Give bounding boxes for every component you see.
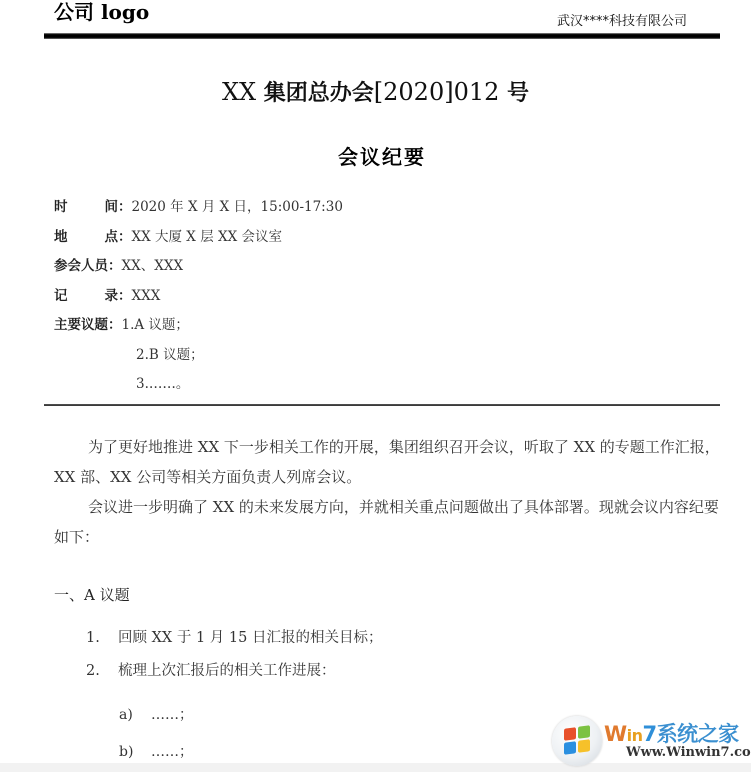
doc-number-suffix: 号 <box>507 81 529 106</box>
meta-topic-3: 3.……。 <box>54 370 343 400</box>
meta-topics: 主要议题：1.A 议题； <box>54 311 343 341</box>
meta-label: 时间 <box>54 193 118 223</box>
document-number: XX 集团总办会[2020]012 号 <box>0 76 751 107</box>
site-watermark: Win7系统之家 Www.Winwin7.com <box>552 716 751 772</box>
header-rule <box>44 33 720 39</box>
section-heading: 一、A 议题 <box>54 584 130 605</box>
windows-flag-icon <box>564 728 590 754</box>
company-logo-placeholder: 公司 logo <box>54 0 149 25</box>
windows-orb-icon <box>552 716 602 766</box>
body-paragraph: 为了更好地推进 XX 下一步相关工作的开展，集团组织召开会议，听取了 XX 的专… <box>54 432 720 492</box>
body-text: 为了更好地推进 XX 下一步相关工作的开展，集团组织召开会议，听取了 XX 的专… <box>54 432 720 552</box>
sub-list: a)……； b)……； <box>119 697 193 771</box>
topic-item: 2.B 议题； <box>136 347 204 363</box>
meta-label: 参会人员 <box>54 252 108 282</box>
document-title: 会议纪要 <box>0 141 751 170</box>
meta-topic-2: 2.B 议题； <box>54 341 343 371</box>
meta-place: 地点：XX 大厦 X 层 XX 会议室 <box>54 223 343 253</box>
doc-number-issuer: 集团总办会 <box>264 81 374 106</box>
sub-list-item: a)……； <box>119 697 193 734</box>
list-item: 2.梳理上次汇报后的相关工作进展： <box>86 655 382 688</box>
topic-item: 1.A 议题； <box>122 317 189 333</box>
meta-value: XX、XXX <box>122 258 184 274</box>
meta-value: XX 大厦 X 层 XX 会议室 <box>132 229 283 245</box>
numbered-list: 1.回顾 XX 于 1 月 15 日汇报的相关目标； 2.梳理上次汇报后的相关工… <box>86 622 382 688</box>
doc-number-year: [2020]012 <box>374 78 500 106</box>
watermark-url: Www.Winwin7.com <box>626 745 751 760</box>
company-name: 武汉****科技有限公司 <box>557 10 687 29</box>
watermark-brand: Win7系统之家 <box>604 718 739 748</box>
body-paragraph: 会议进一步明确了 XX 的未来发展方向，并就相关重点问题做出了具体部署。现就会议… <box>54 492 720 552</box>
meta-time: 时间：2020 年 X 月 X 日，15:00-17:30 <box>54 193 343 223</box>
meta-attendees: 参会人员：XX、XXX <box>54 252 343 282</box>
list-item: 1.回顾 XX 于 1 月 15 日汇报的相关目标； <box>86 622 382 655</box>
doc-number-prefix: XX <box>222 78 256 106</box>
meta-value: XXX <box>132 288 161 304</box>
meta-value: 2020 年 X 月 X 日，15:00-17:30 <box>132 199 343 215</box>
meta-label: 地点 <box>54 223 118 253</box>
meta-label: 记录 <box>54 282 118 312</box>
topic-item: 3.……。 <box>136 376 189 392</box>
meta-label: 主要议题 <box>54 311 108 341</box>
meta-recorder: 记录：XXX <box>54 282 343 312</box>
section-divider <box>44 404 720 406</box>
meeting-meta: 时间：2020 年 X 月 X 日，15:00-17:30 地点：XX 大厦 X… <box>54 193 343 400</box>
